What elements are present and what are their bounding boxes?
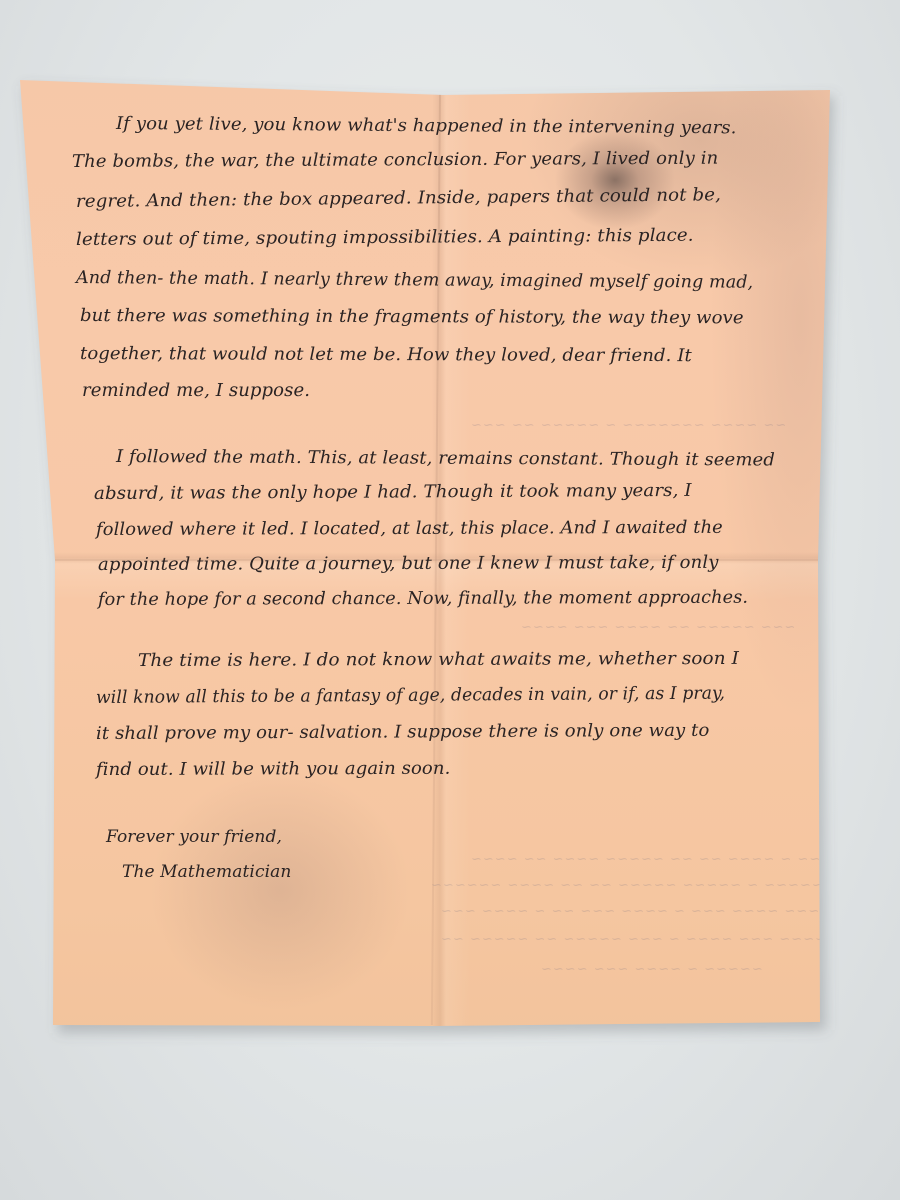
letter-line: absurd, it was the only hope I had. Thou…	[94, 481, 692, 504]
signature: The Mathematician	[122, 862, 291, 882]
letter-line: but there was something in the fragments…	[80, 306, 744, 328]
letter-line: will know all this to be a fantasy of ag…	[96, 684, 725, 708]
letter-line: find out. I will be with you again soon.	[96, 759, 450, 780]
letter-line: The bombs, the war, the ultimate conclus…	[72, 149, 718, 172]
closing-line: Forever your friend,	[106, 827, 282, 847]
letter-line: And then- the math. I nearly threw them …	[76, 268, 753, 293]
letter-line-text: together, that would not let me be. How …	[80, 344, 692, 366]
letter-line: followed where it led. I located, at las…	[96, 518, 723, 540]
letter-line: If you yet live, you know what's happene…	[116, 114, 737, 138]
letter-line: it shall prove my our- salvation. I supp…	[96, 721, 710, 744]
letter-line: I followed the math. This, at least, rem…	[116, 447, 775, 470]
letter-line: letters out of time, spouting impossibil…	[76, 226, 694, 250]
letter-line: regret. And then: the box appeared. Insi…	[76, 185, 721, 212]
letter-line: for the hope for a second chance. Now, f…	[98, 588, 748, 610]
letter-body: If you yet live, you know what's happene…	[0, 0, 900, 1200]
letter-line: The time is here. I do not know what awa…	[138, 649, 739, 671]
letter-line: appointed time. Quite a journey, but one…	[98, 553, 719, 575]
letter-line: reminded me, I suppose.	[82, 381, 310, 401]
letter-line: together, that would not let me be. How …	[80, 344, 692, 366]
